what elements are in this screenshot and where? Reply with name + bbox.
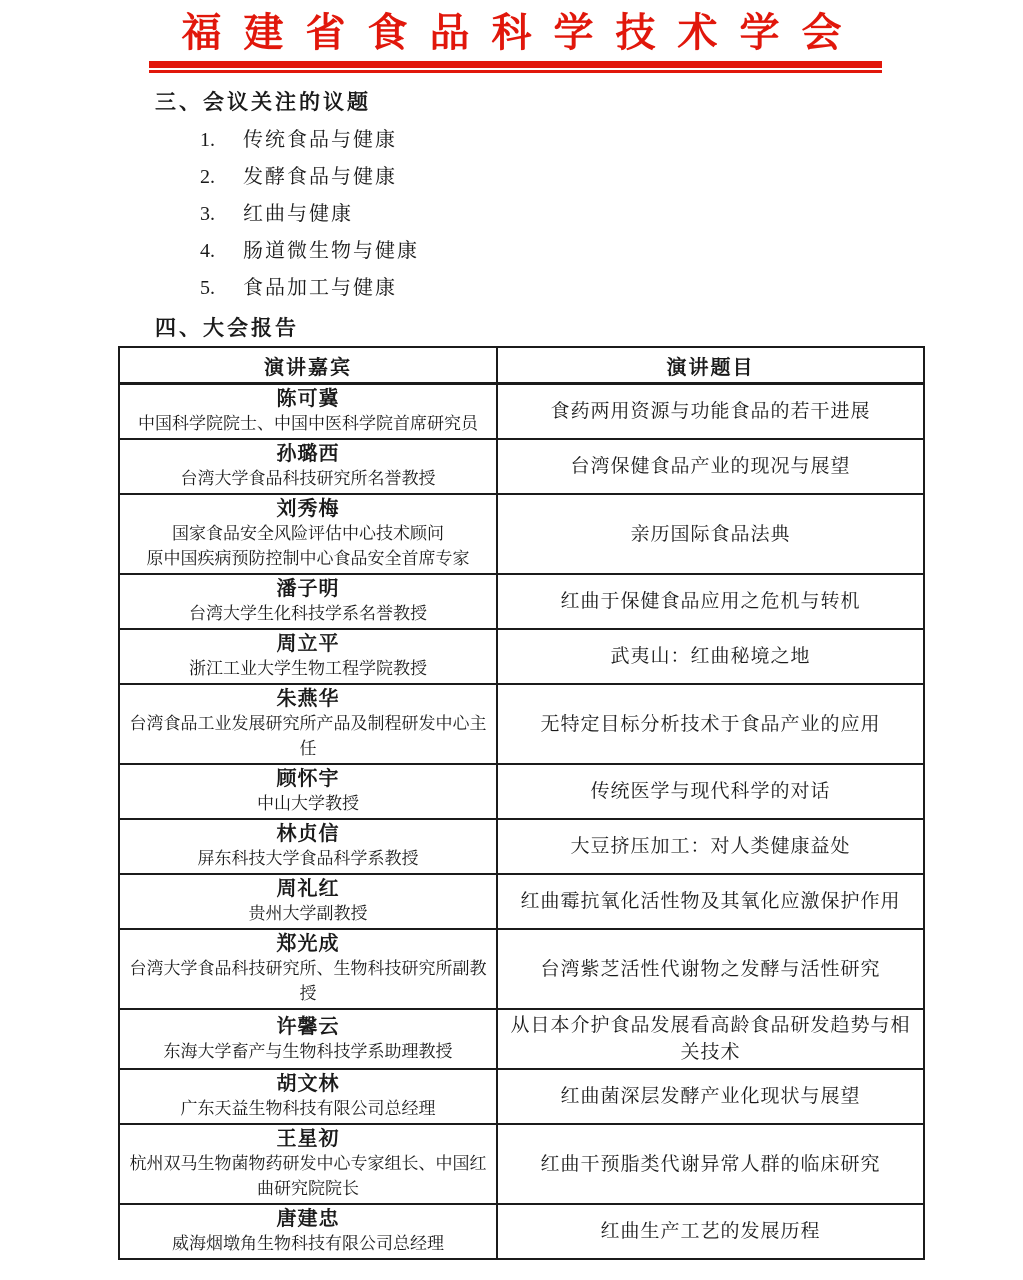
- topic-cell: 台湾紫芝活性代谢物之发酵与活性研究: [497, 929, 924, 1009]
- speaker-affiliation: 杭州双马生物菌物药研发中心专家组长、中国红曲研究院院长: [128, 1151, 488, 1201]
- speaker-cell: 许馨云 东海大学畜产与生物科技学系助理教授: [119, 1009, 497, 1069]
- speaker-affiliation: 浙江工业大学生物工程学院教授: [128, 656, 488, 681]
- talk-topic: 从日本介护食品发展看高龄食品研发趋势与相关技术: [506, 1012, 915, 1066]
- table-row: 陈可冀 中国科学院院士、中国中医科学院首席研究员 食药两用资源与功能食品的若干进…: [119, 384, 924, 440]
- topic-cell: 食药两用资源与功能食品的若干进展: [497, 384, 924, 440]
- section-heading-topics: 三、会议关注的议题: [155, 90, 1023, 114]
- table-row: 胡文林 广东天益生物科技有限公司总经理 红曲菌深层发酵产业化现状与展望: [119, 1069, 924, 1124]
- topic-list-item: 2. 发酵食品与健康: [200, 167, 1023, 188]
- speaker-cell: 潘子明 台湾大学生化科技学系名誉教授: [119, 574, 497, 629]
- speaker-name: 郑光成: [128, 932, 488, 956]
- section-heading-reports: 四、大会报告: [155, 316, 1023, 340]
- speaker-cell: 王星初 杭州双马生物菌物药研发中心专家组长、中国红曲研究院院长: [119, 1124, 497, 1204]
- speaker-name: 唐建忠: [128, 1207, 488, 1231]
- topic-item-text: 红曲与健康: [243, 204, 353, 225]
- speaker-affiliation: 贵州大学副教授: [128, 901, 488, 926]
- speaker-cell: 唐建忠 威海烟墩角生物科技有限公司总经理: [119, 1204, 497, 1259]
- speaker-cell: 孙璐西 台湾大学食品科技研究所名誉教授: [119, 439, 497, 494]
- speaker-name: 王星初: [128, 1127, 488, 1151]
- speaker-name: 周立平: [128, 632, 488, 656]
- speaker-name: 孙璐西: [128, 442, 488, 466]
- table-row: 周礼红 贵州大学副教授 红曲霉抗氧化活性物及其氧化应激保护作用: [119, 874, 924, 929]
- speaker-cell: 刘秀梅 国家食品安全风险评估中心技术顾问 原中国疾病预防控制中心食品安全首席专家: [119, 494, 497, 574]
- speaker-affiliation: 东海大学畜产与生物科技学系助理教授: [128, 1039, 488, 1064]
- speaker-name: 陈可冀: [128, 387, 488, 411]
- topic-cell: 武夷山：红曲秘境之地: [497, 629, 924, 684]
- table-row: 王星初 杭州双马生物菌物药研发中心专家组长、中国红曲研究院院长 红曲干预脂类代谢…: [119, 1124, 924, 1204]
- topic-cell: 亲历国际食品法典: [497, 494, 924, 574]
- topic-cell: 红曲生产工艺的发展历程: [497, 1204, 924, 1259]
- talk-topic: 无特定目标分析技术于食品产业的应用: [506, 711, 915, 738]
- letterhead-rule-thick: [149, 61, 882, 68]
- speaker-name: 林贞信: [128, 822, 488, 846]
- topic-item-text: 肠道微生物与健康: [243, 241, 419, 262]
- column-header-speaker: 演讲嘉宾: [119, 347, 497, 384]
- letterhead-rule: [149, 61, 882, 73]
- topic-list-item: 5. 食品加工与健康: [200, 278, 1023, 299]
- table-row: 刘秀梅 国家食品安全风险评估中心技术顾问 原中国疾病预防控制中心食品安全首席专家…: [119, 494, 924, 574]
- topic-cell: 红曲于保健食品应用之危机与转机: [497, 574, 924, 629]
- table-row: 周立平 浙江工业大学生物工程学院教授 武夷山：红曲秘境之地: [119, 629, 924, 684]
- topic-cell: 传统医学与现代科学的对话: [497, 764, 924, 819]
- topic-item-number: 3.: [200, 204, 243, 225]
- speaker-name: 顾怀宇: [128, 767, 488, 791]
- speaker-cell: 郑光成 台湾大学食品科技研究所、生物科技研究所副教授: [119, 929, 497, 1009]
- speaker-affiliation: 中国科学院院士、中国中医科学院首席研究员: [128, 411, 488, 436]
- speaker-affiliation: 国家食品安全风险评估中心技术顾问: [128, 521, 488, 546]
- topic-item-number: 4.: [200, 241, 243, 262]
- topic-item-text: 传统食品与健康: [243, 130, 397, 151]
- speaker-affiliation: 台湾食品工业发展研究所产品及制程研发中心主任: [128, 711, 488, 761]
- table-row: 朱燕华 台湾食品工业发展研究所产品及制程研发中心主任 无特定目标分析技术于食品产…: [119, 684, 924, 764]
- speaker-cell: 朱燕华 台湾食品工业发展研究所产品及制程研发中心主任: [119, 684, 497, 764]
- speaker-affiliation: 屏东科技大学食品科学系教授: [128, 846, 488, 871]
- speaker-cell: 林贞信 屏东科技大学食品科学系教授: [119, 819, 497, 874]
- speaker-affiliation: 威海烟墩角生物科技有限公司总经理: [128, 1231, 488, 1256]
- talk-topic: 红曲霉抗氧化活性物及其氧化应激保护作用: [506, 888, 915, 915]
- talk-topic: 食药两用资源与功能食品的若干进展: [506, 398, 915, 425]
- speaker-affiliation: 台湾大学食品科技研究所、生物科技研究所副教授: [128, 956, 488, 1006]
- letterhead-rule-thin: [149, 70, 882, 73]
- column-header-topic: 演讲题目: [497, 347, 924, 384]
- table-row: 孙璐西 台湾大学食品科技研究所名誉教授 台湾保健食品产业的现况与展望: [119, 439, 924, 494]
- speaker-affiliation: 台湾大学食品科技研究所名誉教授: [128, 466, 488, 491]
- letterhead-title: 福建省食品科学技术学会: [0, 10, 1023, 56]
- topic-cell: 从日本介护食品发展看高龄食品研发趋势与相关技术: [497, 1009, 924, 1069]
- table-row: 唐建忠 威海烟墩角生物科技有限公司总经理 红曲生产工艺的发展历程: [119, 1204, 924, 1259]
- speaker-affiliation: 中山大学教授: [128, 791, 488, 816]
- speaker-name: 胡文林: [128, 1072, 488, 1096]
- talk-topic: 红曲菌深层发酵产业化现状与展望: [506, 1083, 915, 1110]
- speaker-affiliation: 广东天益生物科技有限公司总经理: [128, 1096, 488, 1121]
- talk-topic: 传统医学与现代科学的对话: [506, 778, 915, 805]
- topic-list-item: 3. 红曲与健康: [200, 204, 1023, 225]
- talk-topic: 武夷山：红曲秘境之地: [506, 643, 915, 670]
- talk-topic: 红曲于保健食品应用之危机与转机: [506, 588, 915, 615]
- speaker-affiliation: 台湾大学生化科技学系名誉教授: [128, 601, 488, 626]
- table-row: 顾怀宇 中山大学教授 传统医学与现代科学的对话: [119, 764, 924, 819]
- table-header-row: 演讲嘉宾 演讲题目: [119, 347, 924, 384]
- speaker-cell: 顾怀宇 中山大学教授: [119, 764, 497, 819]
- talk-topic: 红曲生产工艺的发展历程: [506, 1218, 915, 1245]
- talk-topic: 台湾保健食品产业的现况与展望: [506, 453, 915, 480]
- table-row: 许馨云 东海大学畜产与生物科技学系助理教授 从日本介护食品发展看高龄食品研发趋势…: [119, 1009, 924, 1069]
- talk-topic: 红曲干预脂类代谢异常人群的临床研究: [506, 1151, 915, 1178]
- speaker-name: 周礼红: [128, 877, 488, 901]
- topic-list-item: 1. 传统食品与健康: [200, 130, 1023, 151]
- report-table: 演讲嘉宾 演讲题目 陈可冀 中国科学院院士、中国中医科学院首席研究员 食药两用资…: [118, 346, 925, 1260]
- topic-item-text: 食品加工与健康: [243, 278, 397, 299]
- speaker-affiliation: 原中国疾病预防控制中心食品安全首席专家: [128, 546, 488, 571]
- topic-cell: 无特定目标分析技术于食品产业的应用: [497, 684, 924, 764]
- speaker-name: 潘子明: [128, 577, 488, 601]
- table-row: 郑光成 台湾大学食品科技研究所、生物科技研究所副教授 台湾紫芝活性代谢物之发酵与…: [119, 929, 924, 1009]
- speaker-name: 朱燕华: [128, 687, 488, 711]
- topic-list-item: 4. 肠道微生物与健康: [200, 241, 1023, 262]
- topic-cell: 台湾保健食品产业的现况与展望: [497, 439, 924, 494]
- table-row: 林贞信 屏东科技大学食品科学系教授 大豆挤压加工：对人类健康益处: [119, 819, 924, 874]
- topic-cell: 红曲菌深层发酵产业化现状与展望: [497, 1069, 924, 1124]
- talk-topic: 台湾紫芝活性代谢物之发酵与活性研究: [506, 956, 915, 983]
- speaker-cell: 周立平 浙江工业大学生物工程学院教授: [119, 629, 497, 684]
- topic-cell: 红曲干预脂类代谢异常人群的临床研究: [497, 1124, 924, 1204]
- speaker-cell: 胡文林 广东天益生物科技有限公司总经理: [119, 1069, 497, 1124]
- table-row: 潘子明 台湾大学生化科技学系名誉教授 红曲于保健食品应用之危机与转机: [119, 574, 924, 629]
- speaker-name: 刘秀梅: [128, 497, 488, 521]
- topic-item-number: 2.: [200, 167, 243, 188]
- topic-list: 1. 传统食品与健康 2. 发酵食品与健康 3. 红曲与健康 4. 肠道微生物与…: [200, 130, 1023, 299]
- speaker-cell: 周礼红 贵州大学副教授: [119, 874, 497, 929]
- speaker-cell: 陈可冀 中国科学院院士、中国中医科学院首席研究员: [119, 384, 497, 440]
- topic-item-text: 发酵食品与健康: [243, 167, 397, 188]
- speaker-name: 许馨云: [128, 1015, 488, 1039]
- document-page: 福建省食品科学技术学会 三、会议关注的议题 1. 传统食品与健康 2. 发酵食品…: [0, 0, 1023, 1280]
- topic-item-number: 1.: [200, 130, 243, 151]
- topic-cell: 大豆挤压加工：对人类健康益处: [497, 819, 924, 874]
- talk-topic: 大豆挤压加工：对人类健康益处: [506, 833, 915, 860]
- topic-item-number: 5.: [200, 278, 243, 299]
- topic-cell: 红曲霉抗氧化活性物及其氧化应激保护作用: [497, 874, 924, 929]
- talk-topic: 亲历国际食品法典: [506, 521, 915, 548]
